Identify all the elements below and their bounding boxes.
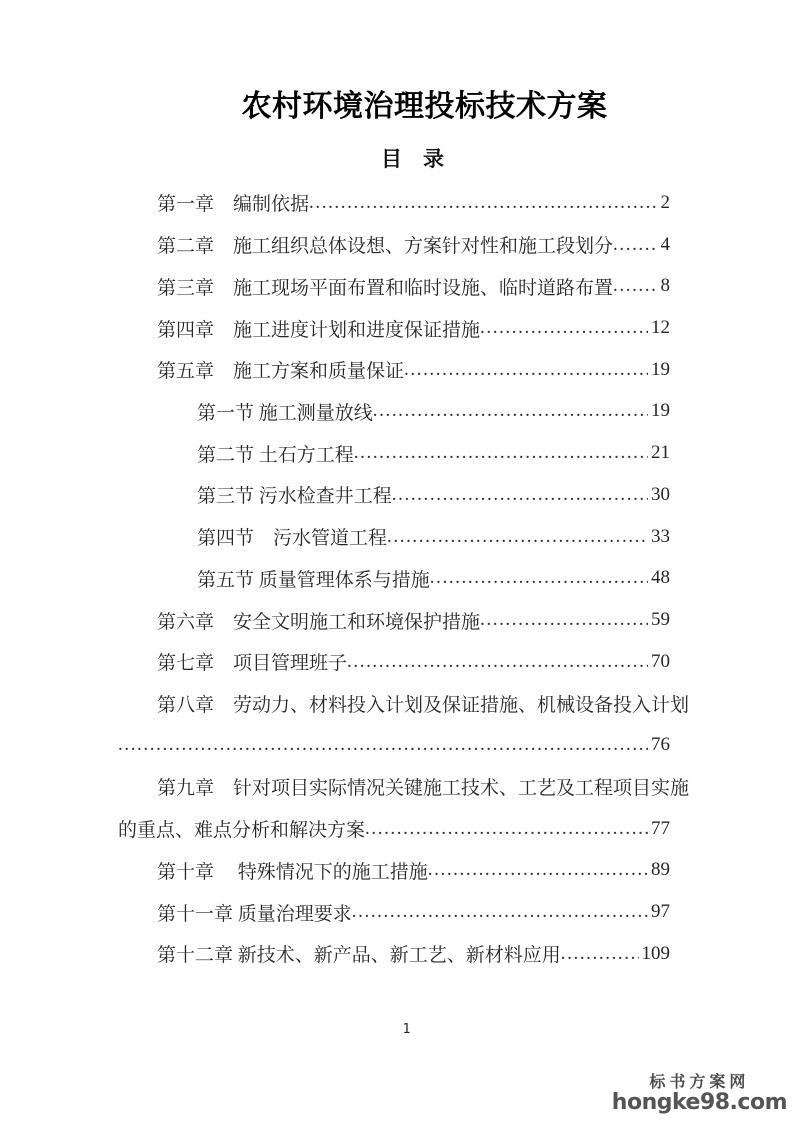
toc-entry: 第五节 质量管理体系与措施 48	[118, 557, 670, 599]
toc-page-number: 70	[648, 651, 670, 673]
watermark-site-name: 标书方案网	[612, 1074, 787, 1091]
toc-entry-text: 第一章 编制依据	[157, 189, 309, 216]
toc-entry-text: 的重点、难点分析和解决方案	[118, 815, 365, 842]
toc-entry-text: 第五章 施工方案和质量保证	[157, 356, 404, 383]
toc-entry: 第二章 施工组织总体设想、方案针对性和施工段划分 4	[118, 224, 670, 266]
toc-entry-text: 第二节 土石方工程	[197, 440, 354, 467]
toc-entry: 第七章 项目管理班子 70	[118, 641, 670, 683]
toc-page-number: 48	[648, 567, 670, 589]
toc-page-number: 59	[648, 609, 670, 631]
dot-leader	[352, 901, 648, 923]
toc-entry: 的重点、难点分析和解决方案 77	[118, 808, 670, 850]
document-title: 农村环境治理投标技术方案	[0, 88, 793, 126]
toc-entry-text: 第十一章 质量治理要求	[157, 899, 352, 926]
dot-leader	[387, 526, 648, 548]
toc-entry: 第一章 编制依据 2	[118, 182, 670, 224]
dot-leader	[118, 734, 648, 756]
toc-page-number: 21	[648, 442, 670, 464]
toc-entry: 第五章 施工方案和质量保证 19	[118, 349, 670, 391]
toc-page-number: 2	[658, 192, 671, 214]
toc-entry: 第一节 施工测量放线 19	[118, 391, 670, 433]
dot-leader	[354, 442, 648, 464]
toc-entry-text: 第三章 施工现场平面布置和临时设施、临时道路布置	[157, 273, 613, 300]
toc-entry: 第八章 劳动力、材料投入计划及保证措施、机械设备投入计划	[118, 683, 670, 725]
toc-entry: 第十二章 新技术、新产品、新工艺、新材料应用 109	[118, 933, 670, 975]
dot-leader	[365, 818, 648, 840]
toc-page-number: 33	[648, 526, 670, 548]
toc-entry-text: 第十章 特殊情况下的施工措施	[157, 857, 428, 884]
dot-leader	[430, 567, 648, 589]
toc-page-number: 19	[648, 400, 670, 422]
toc-entry: 第二节 土石方工程 21	[118, 432, 670, 474]
toc-entry-text: 第八章 劳动力、材料投入计划及保证措施、机械设备投入计划	[157, 690, 689, 717]
toc-entry-text: 第四节 污水管道工程	[197, 523, 387, 550]
toc-entry: 第三章 施工现场平面布置和临时设施、临时道路布置 8	[118, 265, 670, 307]
toc-entry-text: 第一节 施工测量放线	[197, 398, 373, 425]
toc-entry-text: 第五节 质量管理体系与措施	[197, 565, 430, 592]
dot-leader	[309, 192, 657, 214]
dot-leader	[428, 859, 648, 881]
toc-page-number: 12	[648, 317, 670, 339]
dot-leader	[347, 651, 648, 673]
site-watermark: 标书方案网 hongke98.com	[612, 1074, 787, 1114]
toc-entry: 第四节 污水管道工程 33	[118, 516, 670, 558]
dot-leader	[613, 275, 657, 297]
toc-entry: 第四章 施工进度计划和进度保证措施 12	[118, 307, 670, 349]
toc-entry: 第六章 安全文明施工和环境保护措施 59	[118, 599, 670, 641]
toc-page-number: 30	[648, 484, 670, 506]
toc-entry-text: 第十二章 新技术、新产品、新工艺、新材料应用	[157, 940, 561, 967]
toc-page-number: 109	[639, 943, 671, 965]
table-of-contents: 第一章 编制依据 2 第二章 施工组织总体设想、方案针对性和施工段划分 4 第三…	[118, 182, 670, 975]
dot-leader	[392, 484, 648, 506]
toc-page-number: 77	[648, 818, 670, 840]
toc-heading: 目 录	[0, 146, 793, 172]
footer-page-number: 1	[0, 1022, 793, 1037]
toc-entry-text: 第二章 施工组织总体设想、方案针对性和施工段划分	[157, 231, 613, 258]
toc-entry-text: 第六章 安全文明施工和环境保护措施	[157, 607, 480, 634]
toc-entry-text: 第四章 施工进度计划和进度保证措施	[157, 315, 480, 342]
toc-entry: 第十一章 质量治理要求 97	[118, 891, 670, 933]
toc-entry: 第十章 特殊情况下的施工措施 89	[118, 850, 670, 892]
toc-entry: 第三节 污水检查井工程 30	[118, 474, 670, 516]
toc-entry-text: 第九章 针对项目实际情况关键施工技术、工艺及工程项目实施	[157, 773, 689, 800]
dot-leader	[480, 609, 648, 631]
toc-page-number: 4	[658, 234, 671, 256]
dot-leader	[373, 400, 648, 422]
toc-page-number: 76	[648, 734, 670, 756]
watermark-site-url: hongke98.com	[612, 1091, 787, 1114]
dot-leader	[480, 317, 648, 339]
toc-entry-text: 第三节 污水检查井工程	[197, 481, 392, 508]
dot-leader	[561, 943, 639, 965]
dot-leader	[404, 359, 648, 381]
dot-leader	[613, 234, 657, 256]
toc-entry: 76	[118, 724, 670, 766]
toc-page-number: 97	[648, 901, 670, 923]
toc-page-number: 8	[658, 275, 671, 297]
document-page: 农村环境治理投标技术方案 目 录 第一章 编制依据 2 第二章 施工组织总体设想…	[0, 0, 793, 1122]
toc-page-number: 89	[648, 859, 670, 881]
toc-page-number: 19	[648, 359, 670, 381]
toc-entry: 第九章 针对项目实际情况关键施工技术、工艺及工程项目实施	[118, 766, 670, 808]
toc-entry-text: 第七章 项目管理班子	[157, 648, 347, 675]
